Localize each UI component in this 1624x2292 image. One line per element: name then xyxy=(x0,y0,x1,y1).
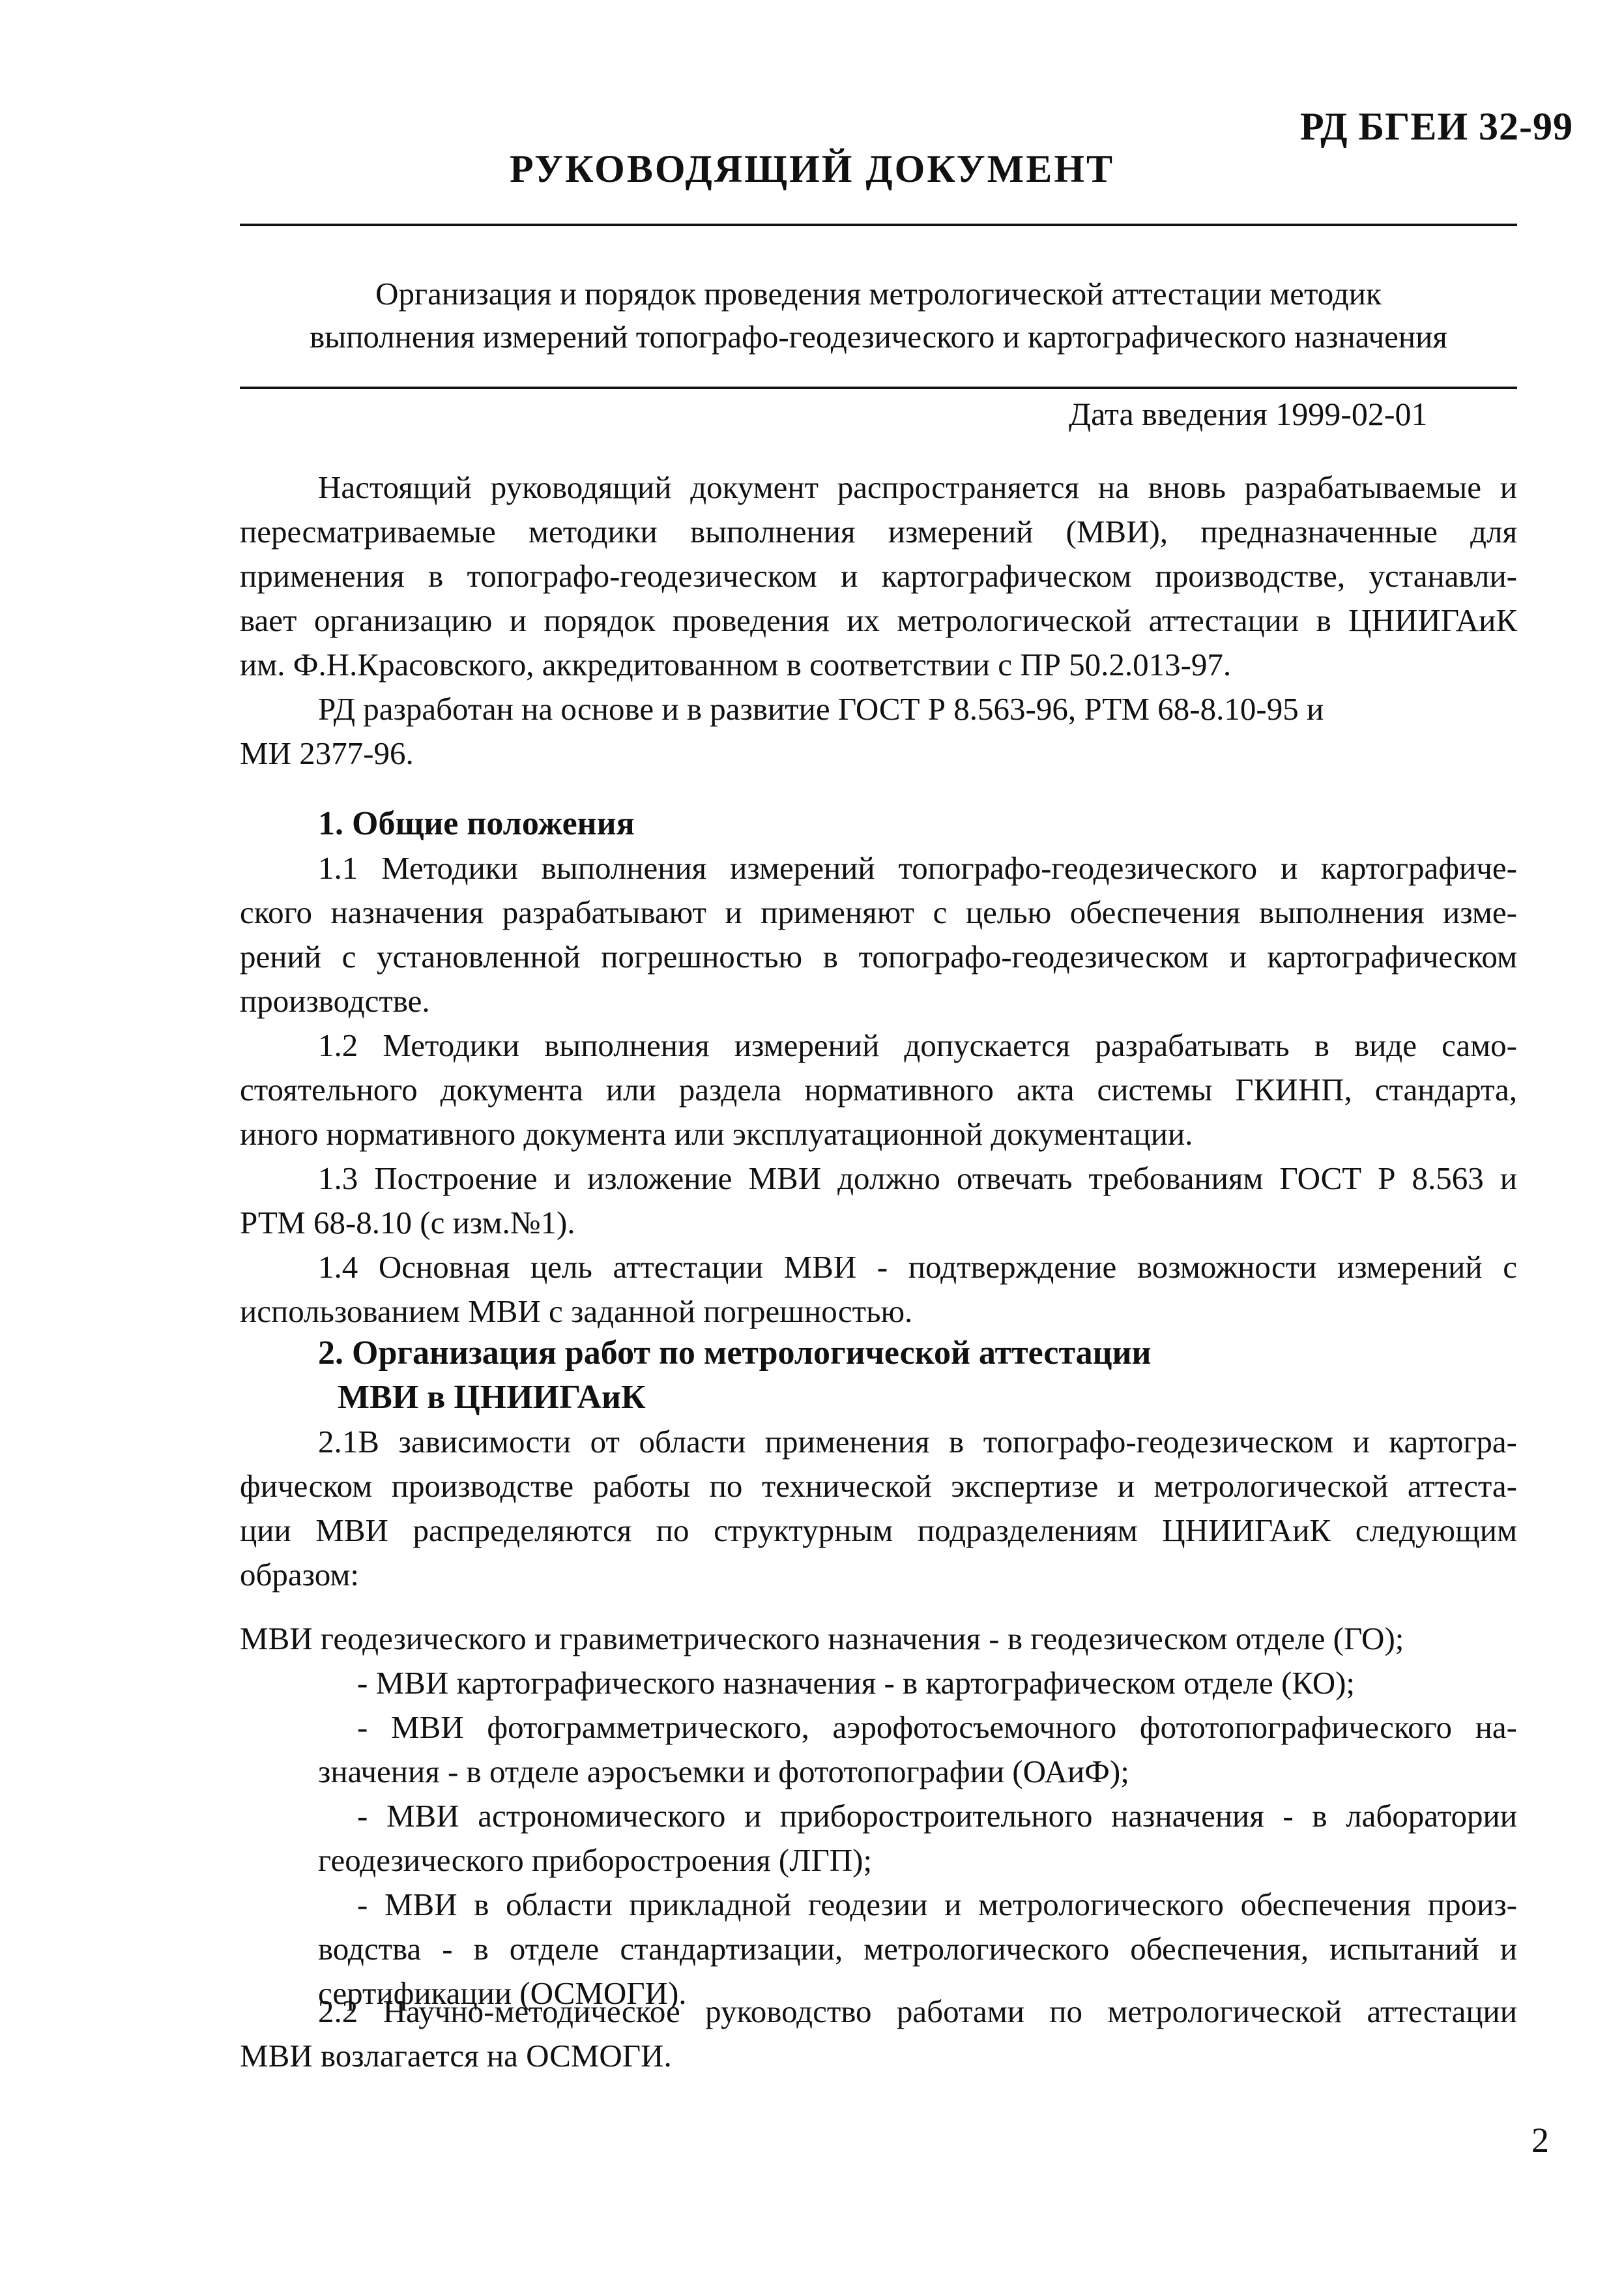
text-line: 1.3 Построение и изложение МВИ должно от… xyxy=(240,1156,1517,1201)
paragraph-1-2: 1.2 Методики выполнения измерений допуск… xyxy=(240,1023,1517,1156)
text-line: образом: xyxy=(240,1553,1517,1597)
page-number: 2 xyxy=(1531,2120,1549,2160)
text-line: вает организацию и порядок проведения их… xyxy=(240,598,1517,643)
text-line: иного нормативного документа или эксплуа… xyxy=(240,1112,1517,1156)
heading-text: 2. Организация работ по метрологической … xyxy=(240,1331,1517,1375)
list-item: - МВИ астрономического и приборостроител… xyxy=(240,1794,1517,1838)
text-line: использованием МВИ с заданной погрешност… xyxy=(240,1289,1517,1334)
paragraph-2-2: 2.2 Научно-методическое руководство рабо… xyxy=(240,1990,1517,2078)
list-item-continuation: значения - в отделе аэросъемки и фототоп… xyxy=(240,1750,1517,1794)
text-line: им. Ф.Н.Красовского, аккредитованном в с… xyxy=(240,643,1517,687)
text-line: фическом производстве работы по техничес… xyxy=(240,1464,1517,1508)
text-line: МВИ возлагается на ОСМОГИ. xyxy=(240,2034,1517,2078)
section-2-heading: 2. Организация работ по метрологической … xyxy=(240,1331,1517,1420)
text-line: 2.2 Научно-методическое руководство рабо… xyxy=(240,1990,1517,2034)
title-line: выполнения измерений топографо-геодезиче… xyxy=(240,316,1517,359)
list-item-continuation: геодезического приборостроения (ЛГП); xyxy=(240,1838,1517,1883)
text-line: 1.1 Методики выполнения измерений топогр… xyxy=(240,846,1517,890)
document-code: РД БГЕИ 32-99 xyxy=(1300,104,1573,149)
intro-paragraph-2: РД разработан на основе и в развитие ГОС… xyxy=(240,687,1517,776)
effective-date: Дата введения 1999-02-01 xyxy=(1069,395,1428,433)
text-line: ского назначения разрабатывают и применя… xyxy=(240,890,1517,935)
paragraph-1-3: 1.3 Построение и изложение МВИ должно от… xyxy=(240,1156,1517,1245)
list-item: - МВИ картографического назначения - в к… xyxy=(240,1661,1517,1705)
text-line: ции МВИ распределяются по структурным по… xyxy=(240,1508,1517,1553)
text-line: 2.1В зависимости от области применения в… xyxy=(240,1420,1517,1464)
document-title: Организация и порядок проведения метроло… xyxy=(240,272,1517,359)
text-line: РТМ 68-8.10 (с изм.№1). xyxy=(240,1201,1517,1245)
department-list: МВИ геодезического и гравиметрического н… xyxy=(240,1617,1517,2016)
paragraph-1-1: 1.1 Методики выполнения измерений топогр… xyxy=(240,846,1517,1023)
document-type-heading: РУКОВОДЯЩИЙ ДОКУМЕНТ xyxy=(0,147,1624,192)
text-line: пересматриваемые методики выполнения изм… xyxy=(240,510,1517,554)
list-item: - МВИ в области прикладной геодезии и ме… xyxy=(240,1883,1517,1927)
text-line: рений с установленной погрешностью в топ… xyxy=(240,935,1517,979)
section-1-heading: 1. Общие положения xyxy=(240,802,1517,846)
list-item: МВИ геодезического и гравиметрического н… xyxy=(240,1617,1517,1661)
list-item-continuation: водства - в отделе стандартизации, метро… xyxy=(240,1927,1517,1971)
heading-text: МВИ в ЦНИИГАиК xyxy=(240,1375,1517,1420)
text-line: производстве. xyxy=(240,979,1517,1023)
text-line: МИ 2377-96. xyxy=(240,731,1517,776)
list-item: - МВИ фотограмметрического, аэрофотосъем… xyxy=(240,1705,1517,1750)
text-line: стоятельного документа или раздела норма… xyxy=(240,1068,1517,1112)
title-divider xyxy=(240,387,1517,389)
paragraph-1-4: 1.4 Основная цель аттестации МВИ - подтв… xyxy=(240,1245,1517,1334)
text-line: применения в топографо-геодезическом и к… xyxy=(240,554,1517,598)
title-line: Организация и порядок проведения метроло… xyxy=(240,272,1517,316)
intro-paragraph-1: Настоящий руководящий документ распростр… xyxy=(240,465,1517,687)
text-line: 1.2 Методики выполнения измерений допуск… xyxy=(240,1023,1517,1068)
paragraph-2-1: 2.1В зависимости от области применения в… xyxy=(240,1420,1517,1597)
heading-text: 1. Общие положения xyxy=(240,802,1517,846)
text-line: Настоящий руководящий документ распростр… xyxy=(240,465,1517,510)
text-line: 1.4 Основная цель аттестации МВИ - подтв… xyxy=(240,1245,1517,1289)
header-divider xyxy=(240,224,1517,226)
text-line: РД разработан на основе и в развитие ГОС… xyxy=(240,687,1517,731)
